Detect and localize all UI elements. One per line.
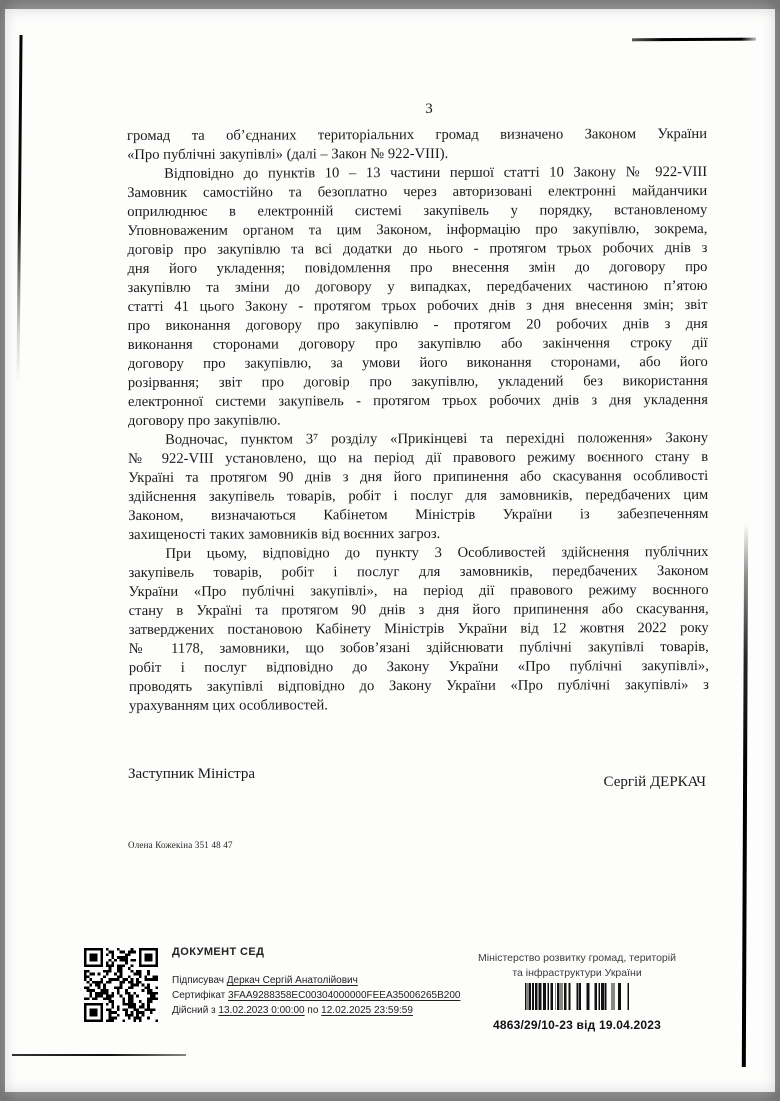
- text-line: статті 41 цього Закону - протягом трьох …: [128, 296, 708, 317]
- ministry-stamp: Міністерство розвитку громад, територій …: [445, 951, 709, 1032]
- sed-certificate-value: 3FAA9288358EC00304000000FEEA35006265B200: [228, 990, 460, 1001]
- executor-note: Олена Кожекіна 351 48 47: [128, 840, 233, 850]
- text-line: закупівлю та зміни до договору у випадка…: [128, 277, 708, 298]
- text-line: здійснення закупівель товарів, робіт і п…: [128, 486, 708, 507]
- text-line: виконання сторонами договору про закупів…: [128, 334, 708, 355]
- text-line: Уповноваженим органом та цим Законом, ін…: [127, 220, 707, 241]
- paragraph: Відповідно до пунктів 10 – 13 частини пе…: [127, 163, 708, 431]
- text-line: № 922-VIII установлено, що на період дії…: [128, 448, 708, 469]
- page-number: 3: [128, 101, 708, 118]
- sed-signer-name: Деркач Сергій Анатолійович: [227, 975, 358, 986]
- text-line: договір про закупівлю та всі додатки до …: [127, 239, 707, 260]
- document-page: 3 громад та об’єднаних територіальних гр…: [5, 9, 775, 1092]
- sed-validity-separator: по: [307, 1005, 318, 1016]
- text-line: робіт і послуг відповідно до Закону Укра…: [129, 657, 709, 678]
- text-line: договору про закупівлю, за умови його ви…: [128, 353, 708, 374]
- text-line: громад та об’єднаних територіальних гром…: [127, 125, 707, 146]
- body-text: громад та об’єднаних територіальних гром…: [127, 125, 709, 716]
- text-line: України «Про публічні закупівлі», на пер…: [129, 581, 709, 602]
- text-line: Законом, визначаються Кабінетом Міністрі…: [128, 505, 708, 526]
- stamp-org-line-2: та інфраструктури України: [445, 966, 709, 981]
- text-line: розірвання; звіт про договір про закупів…: [128, 372, 708, 393]
- text-line: стану в Україні та протягом 90 днів з дн…: [129, 600, 709, 621]
- sed-validity-label: Дійсний з: [172, 1005, 216, 1016]
- text-line: Україні та протягом 90 днів з дня його п…: [128, 467, 708, 488]
- barcode-icon: [525, 983, 629, 1010]
- paragraph: Водночас, пунктом 3⁷ розділу «Прикінцеві…: [128, 429, 708, 545]
- text-line: «Про публічні закупівлі» (далі – Закон №…: [127, 144, 707, 165]
- text-line: № 1178, замовники, що зобов’язані здійсн…: [129, 638, 709, 659]
- text-line: Відповідно до пунктів 10 – 13 частини пе…: [127, 163, 707, 184]
- text-line: Замовник самостійно та безоплатно через …: [127, 182, 707, 203]
- text-line: договору про закупівлю.: [128, 410, 708, 431]
- text-line: оприлюднює в електронній системі закупів…: [127, 201, 707, 222]
- text-line: проводять закупівлі відповідно до Закону…: [129, 676, 709, 697]
- text-line: затверджених постановою Кабінету Міністр…: [129, 619, 709, 640]
- text-line: електронної системи закупівель - протяго…: [128, 391, 708, 412]
- scan-background: 3 громад та об’єднаних територіальних гр…: [0, 0, 780, 1101]
- sed-certificate-label: Сертифікат: [172, 990, 225, 1001]
- text-line: При цьому, відповідно до пункту 3 Особли…: [128, 543, 708, 564]
- text-line: закупівель товарів, робіт і послуг для з…: [128, 562, 708, 583]
- scan-artifact-top-right-line: [632, 38, 756, 42]
- text-line: дня його укладення; повідомлення про вне…: [127, 258, 707, 279]
- qr-code-icon: [84, 947, 158, 1023]
- stamp-org-line-1: Міністерство розвитку громад, територій: [445, 951, 709, 966]
- signature-title: Заступник Міністра: [128, 766, 255, 783]
- scan-artifact-bottom-line: [12, 1054, 186, 1056]
- text-line: Водночас, пунктом 3⁷ розділу «Прикінцеві…: [128, 429, 708, 450]
- text-line: про виконання договору про закупівлю - п…: [128, 315, 708, 336]
- sed-valid-to: 12.02.2025 23:59:59: [321, 1005, 413, 1016]
- signature-row: Заступник Міністра Сергій ДЕРКАЧ: [128, 766, 706, 783]
- scan-artifact-right-line: [742, 523, 748, 1067]
- stamp-registration-number: 4863/29/10-23 від 19.04.2023: [445, 1018, 709, 1032]
- paragraph: При цьому, відповідно до пункту 3 Особли…: [128, 543, 709, 716]
- paragraph: громад та об’єднаних територіальних гром…: [127, 125, 707, 165]
- sed-signer-label: Підписувач: [172, 975, 224, 986]
- signature-name: Сергій ДЕРКАЧ: [604, 774, 707, 791]
- scan-artifact-left-line: [16, 35, 22, 383]
- text-line: захищеності таких замовників від воєнних…: [128, 524, 708, 545]
- sed-valid-from: 13.02.2023 0:00:00: [218, 1005, 304, 1016]
- text-line: урахуванням цих особливостей.: [129, 695, 709, 716]
